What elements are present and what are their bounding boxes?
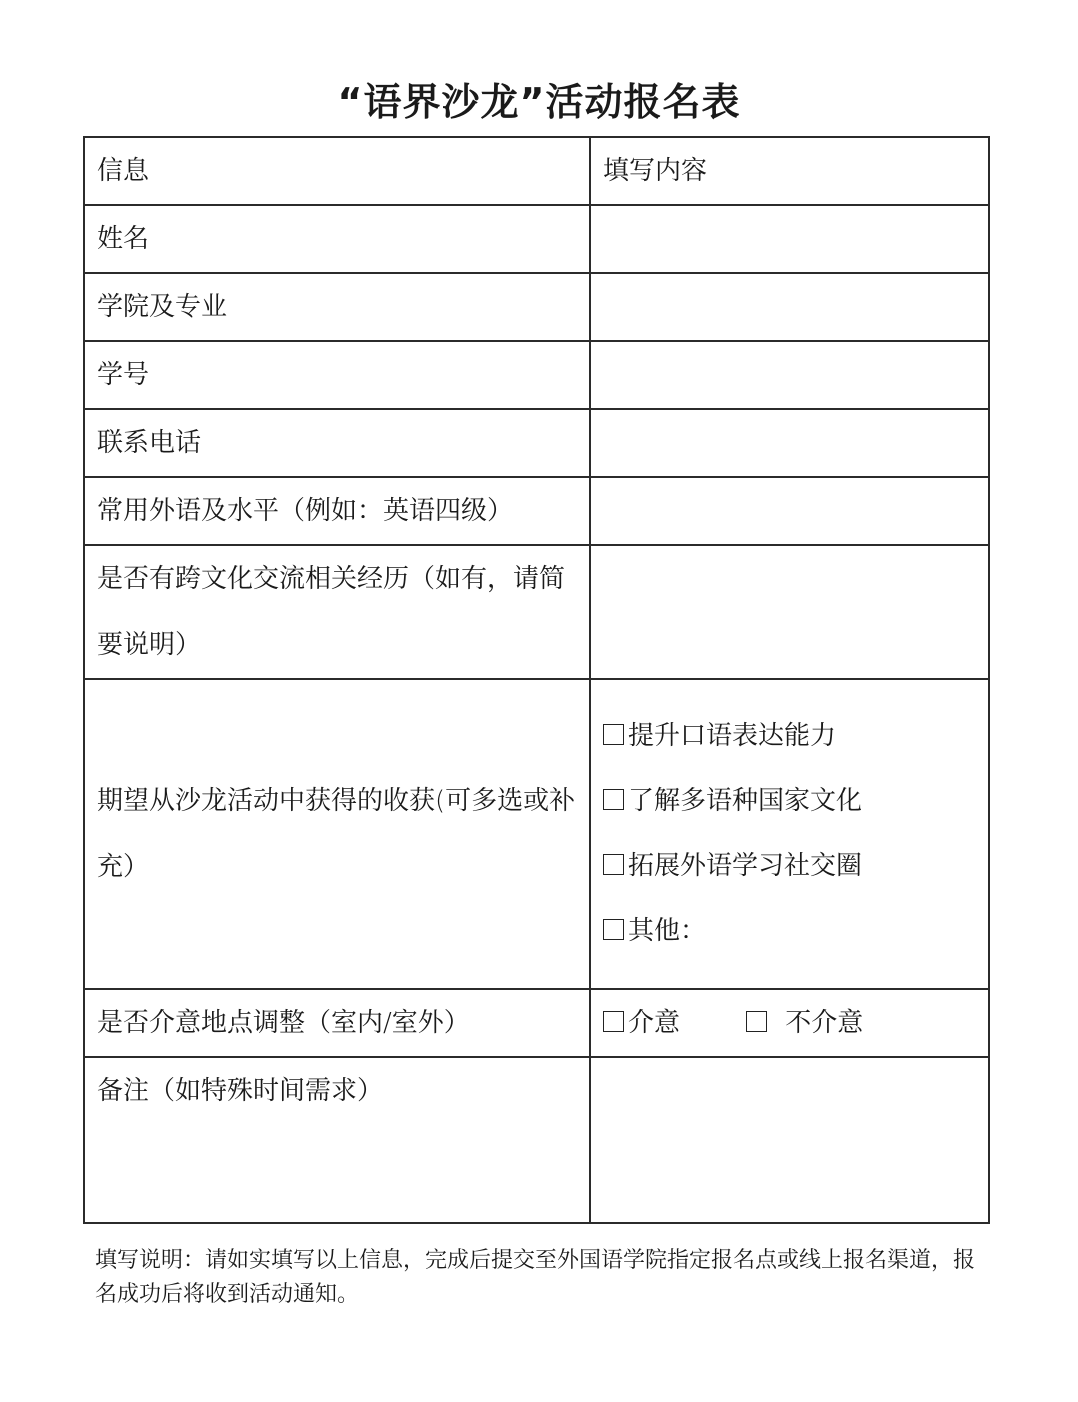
table-row-gains: 期望从沙龙活动中获得的收获(可多选或补充） 提升口语表达能力 了解多语种国家文化… — [84, 679, 989, 989]
location-label: 是否介意地点调整（室内/室外） — [84, 989, 590, 1057]
table-row-language: 常用外语及水平（例如：英语四级） — [84, 477, 989, 545]
table-row-phone: 联系电话 — [84, 409, 989, 477]
form-title: “语界沙龙”活动报名表 — [0, 74, 1078, 130]
gain-option-social[interactable]: 拓展外语学习社交圈 — [603, 834, 976, 899]
gains-options: 提升口语表达能力 了解多语种国家文化 拓展外语学习社交圈 其他： — [590, 679, 989, 989]
checkbox-icon[interactable] — [603, 724, 624, 745]
table-header-row: 信息 填写内容 — [84, 137, 989, 205]
header-content: 填写内容 — [590, 137, 989, 205]
remarks-field[interactable] — [590, 1057, 989, 1223]
student-id-field[interactable] — [590, 341, 989, 409]
remarks-label: 备注（如特殊时间需求） — [84, 1057, 590, 1223]
table-row-remarks: 备注（如特殊时间需求） — [84, 1057, 989, 1223]
checkbox-icon[interactable] — [603, 1011, 624, 1032]
location-options: 介意 不介意 — [590, 989, 989, 1057]
table-row-location: 是否介意地点调整（室内/室外） 介意 不介意 — [84, 989, 989, 1057]
gain-option-other[interactable]: 其他： — [603, 899, 976, 964]
table-row-college: 学院及专业 — [84, 273, 989, 341]
checkbox-icon[interactable] — [746, 1011, 767, 1032]
header-info: 信息 — [84, 137, 590, 205]
location-option-mind[interactable]: 介意 — [603, 1008, 680, 1038]
name-field[interactable] — [590, 205, 989, 273]
checkbox-icon[interactable] — [603, 854, 624, 875]
experience-label: 是否有跨文化交流相关经历（如有，请简要说明） — [84, 545, 590, 679]
experience-field[interactable] — [590, 545, 989, 679]
checkbox-icon[interactable] — [603, 919, 624, 940]
student-id-label: 学号 — [84, 341, 590, 409]
phone-field[interactable] — [590, 409, 989, 477]
name-label: 姓名 — [84, 205, 590, 273]
gain-option-speaking[interactable]: 提升口语表达能力 — [603, 704, 976, 769]
language-label: 常用外语及水平（例如：英语四级） — [84, 477, 590, 545]
language-field[interactable] — [590, 477, 989, 545]
gain-option-culture[interactable]: 了解多语种国家文化 — [603, 769, 976, 834]
college-field[interactable] — [590, 273, 989, 341]
fill-instructions: 填写说明：请如实填写以上信息，完成后提交至外国语学院指定报名点或线上报名渠道，报… — [95, 1244, 975, 1312]
checkbox-icon[interactable] — [603, 789, 624, 810]
location-option-no-mind[interactable]: 不介意 — [746, 1008, 863, 1038]
table-row-experience: 是否有跨文化交流相关经历（如有，请简要说明） — [84, 545, 989, 679]
table-row-student-id: 学号 — [84, 341, 989, 409]
college-label: 学院及专业 — [84, 273, 590, 341]
registration-table: 信息 填写内容 姓名 学院及专业 学号 联系电话 常用外语及水平（例如：英语四级… — [83, 136, 990, 1224]
phone-label: 联系电话 — [84, 409, 590, 477]
gains-label: 期望从沙龙活动中获得的收获(可多选或补充） — [84, 679, 590, 989]
table-row-name: 姓名 — [84, 205, 989, 273]
